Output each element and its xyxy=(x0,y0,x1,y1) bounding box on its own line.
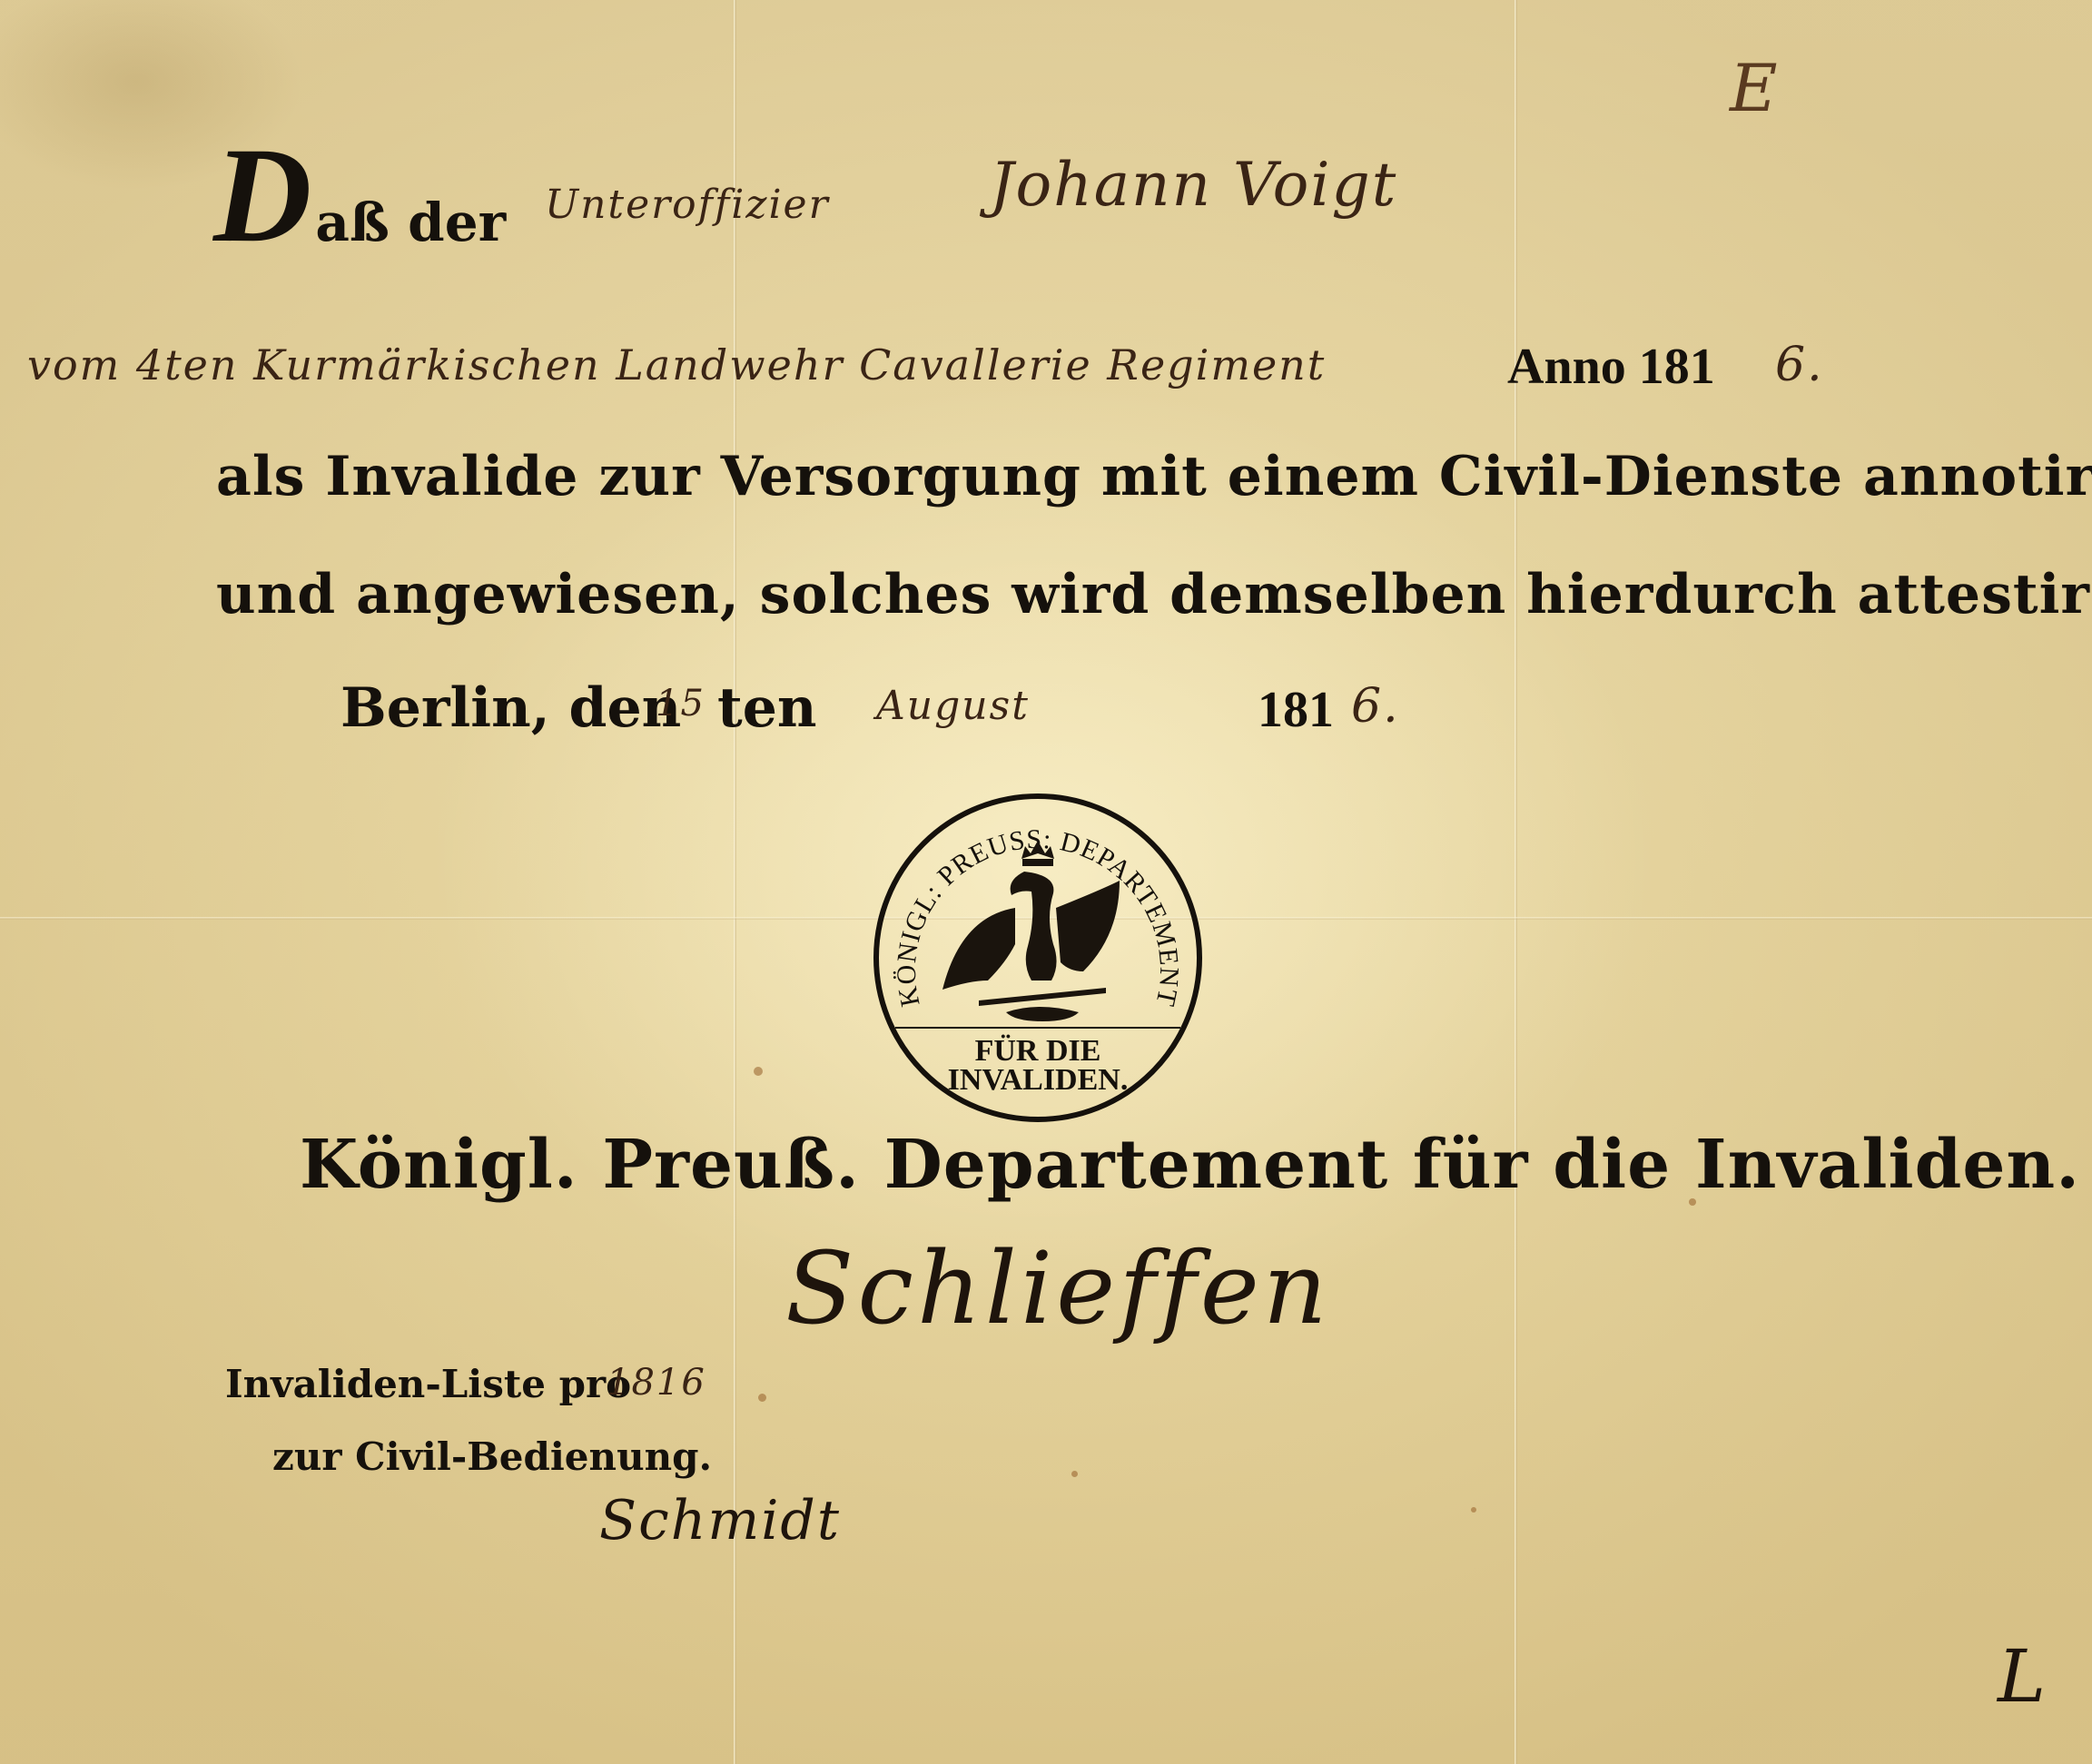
body-line-4: und angewiesen, solches wird demselben h… xyxy=(216,563,2092,626)
date-day-handwritten: 15 xyxy=(656,683,706,724)
date-place-printed: Berlin, den xyxy=(340,676,681,740)
date-year-printed: 181 xyxy=(1258,681,1334,739)
body-line-3: als Invalide zur Versorgung mit einem Ci… xyxy=(216,445,2092,508)
date-month-handwritten: August xyxy=(876,683,1030,729)
foxing-spot xyxy=(754,1067,763,1076)
foxing-spot xyxy=(1071,1471,1078,1477)
seal-icon: KÖNIGL: PREUSS: DEPARTEMENT FÜR DIE INVA… xyxy=(870,790,1206,1126)
invalid-list-year-handwritten: 1816 xyxy=(607,1362,706,1404)
name-handwritten: Johann Voigt xyxy=(990,150,1397,220)
regiment-handwritten: vom 4ten Kurmärkischen Landwehr Cavaller… xyxy=(27,340,1326,389)
fold-line-vertical-right xyxy=(1515,0,1517,1764)
rank-handwritten: Unteroffizier xyxy=(545,182,830,228)
anno-year-handwritten: 6. xyxy=(1775,338,1824,392)
certificate-paper: E Daß der Unteroffizier Johann Voigt vom… xyxy=(0,0,2092,1764)
decorative-initial: D xyxy=(213,120,311,271)
official-signature: Schlieffen xyxy=(785,1230,1331,1346)
svg-text:INVALIDEN.: INVALIDEN. xyxy=(948,1063,1129,1097)
date-year-handwritten: 6. xyxy=(1351,679,1400,734)
foxing-spot xyxy=(1471,1507,1476,1513)
department-heading: Königl. Preuß. Departement für die Inval… xyxy=(300,1126,2080,1204)
date-day-suffix: ten xyxy=(717,676,817,740)
opening-line: Daß der xyxy=(213,127,506,263)
official-seal: KÖNIGL: PREUSS: DEPARTEMENT FÜR DIE INVA… xyxy=(870,790,1206,1126)
corner-mark-top: E xyxy=(1730,50,1780,126)
anno-printed: Anno 181 xyxy=(1507,338,1715,396)
clerk-signature: Schmidt xyxy=(599,1489,841,1552)
civil-service-label: zur Civil-Bedienung. xyxy=(272,1434,712,1479)
foxing-spot xyxy=(758,1394,766,1402)
corner-mark-bottom: L xyxy=(1998,1634,2048,1719)
opening-printed-text: aß der xyxy=(315,192,506,253)
invalid-list-label: Invaliden-Liste pro xyxy=(225,1362,631,1406)
